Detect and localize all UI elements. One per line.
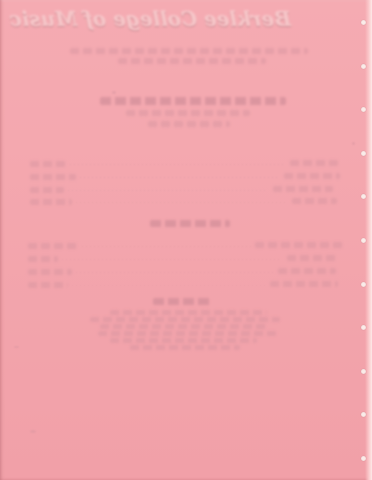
bleed-text-line: [30, 174, 76, 180]
bleed-speck: [30, 430, 36, 433]
bleed-text-line: [100, 324, 267, 329]
bleed-text-line: [98, 331, 277, 336]
bleed-dotted-leader: [68, 190, 268, 191]
binding-hole: [361, 194, 366, 199]
bleed-text-line: [255, 242, 345, 248]
binding-hole: [361, 369, 366, 374]
bleed-speck: [352, 142, 355, 145]
bleed-dotted-leader: [82, 246, 252, 247]
bleed-text-line: [110, 310, 267, 315]
bleed-text-line: [153, 298, 211, 305]
bleed-dotted-leader: [80, 177, 280, 178]
bleed-speck: [112, 91, 116, 94]
bleed-text-line: [150, 220, 230, 227]
bleed-text-line: [287, 255, 339, 261]
bleed-text-line: [110, 338, 257, 343]
binding-hole: [361, 238, 366, 243]
bleed-text-line: [284, 173, 340, 179]
binding-hole: [361, 325, 366, 330]
bleed-text-line: [28, 256, 58, 262]
bleed-text-line: [30, 161, 66, 167]
binding-hole: [361, 412, 366, 417]
bleed-text-line: [28, 269, 72, 275]
bleed-text-line: [148, 121, 230, 127]
binding-hole: [361, 282, 366, 287]
bleed-dotted-leader: [72, 285, 266, 286]
bleed-text-line: [118, 58, 266, 64]
bleed-dotted-leader: [62, 259, 282, 260]
binding-hole: [361, 20, 366, 25]
bleed-text-line: [30, 187, 64, 193]
bleed-title-mirrored: Berklee College of Music: [35, 6, 291, 32]
bleed-text-line: [130, 345, 240, 350]
bleed-dotted-leader: [76, 202, 287, 203]
bleed-text-line: [28, 282, 68, 288]
bleed-text-line: [100, 97, 286, 105]
bleed-text-line: [70, 48, 308, 54]
bleed-text-line: [28, 243, 78, 249]
binding-hole: [361, 107, 366, 112]
bleed-text-line: [278, 268, 336, 274]
bleed-dotted-leader: [76, 272, 274, 273]
bleed-text-line: [273, 186, 333, 192]
bleed-text-line: [90, 317, 280, 322]
bleed-text-line: [30, 199, 72, 205]
bleed-speck: [14, 346, 19, 348]
bleed-text-line: [292, 198, 337, 204]
bleed-text-line: [270, 281, 338, 287]
binding-hole: [361, 64, 366, 69]
bleed-through-layer: Berklee College of Music: [0, 0, 372, 480]
binding-hole: [361, 456, 366, 461]
bleed-text-line: [126, 110, 250, 116]
paper-page: Berklee College of Music: [0, 0, 372, 480]
bleed-dotted-leader: [70, 164, 285, 165]
bleed-text-line: [290, 160, 338, 166]
binding-hole: [361, 151, 366, 156]
